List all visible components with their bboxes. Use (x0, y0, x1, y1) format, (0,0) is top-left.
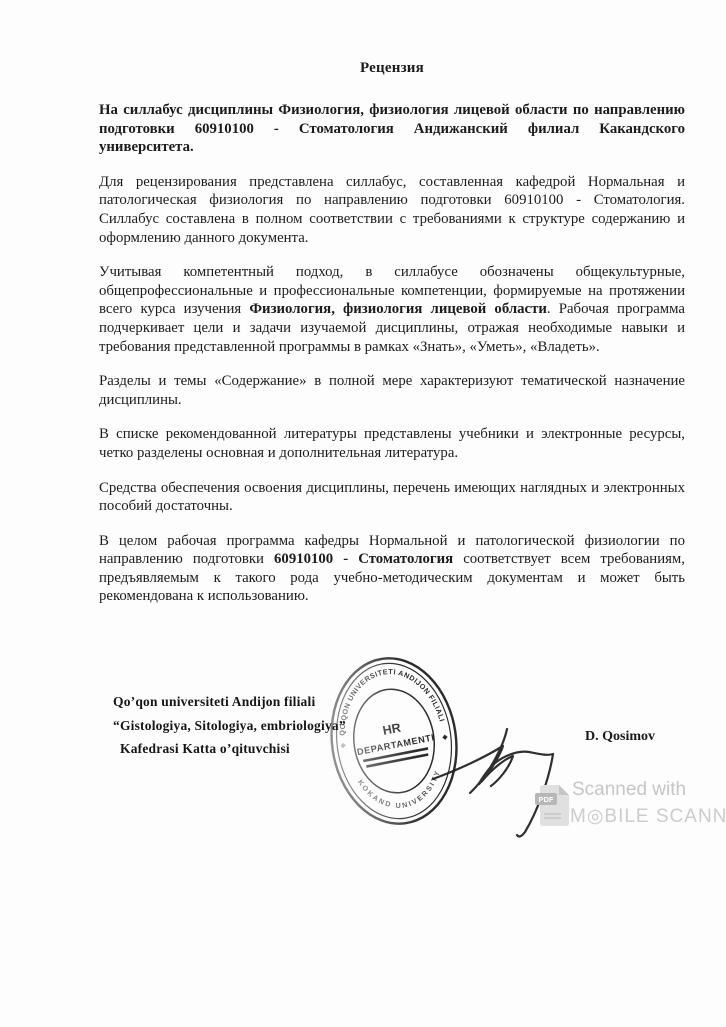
signature-stroke (433, 746, 553, 784)
paragraph: Средства обеспечения освоения дисциплины… (99, 479, 685, 516)
signature-block: Qo’qon universiteti Andijon filiali “Gis… (113, 690, 346, 761)
paragraph: Для рецензирования представлена силлабус… (99, 173, 685, 247)
pdf-file-icon: PDF (534, 783, 572, 829)
paragraph-bold-run: 60910100 - Стоматология (274, 551, 453, 567)
page-title: Рецензия (99, 60, 685, 77)
document-body: На силлабус дисциплины Физиология, физио… (99, 101, 685, 606)
paragraph: В целом рабочая программа кафедры Нормал… (99, 532, 685, 606)
paragraph: В списке рекомендованной литературы пред… (99, 425, 685, 462)
paragraph-run: Средства обеспечения освоения дисциплины… (99, 480, 685, 515)
pdf-badge-label: PDF (539, 795, 554, 804)
watermark-line2: M◎BILE SCANNER (570, 805, 726, 828)
scanned-review-page: Рецензия На силлабус дисциплины Физиолог… (0, 0, 726, 1027)
paragraph: Учитывая компетентный подход, в силлабус… (99, 263, 685, 356)
signature-block-line: Kafedrasi Katta o’qituvchisi (113, 737, 346, 761)
paragraph-bold-run: На силлабус дисциплины Физиология, физио… (99, 102, 685, 155)
paragraph-bold-run: Физиология, физиология лицевой области (249, 301, 547, 317)
paragraph-run: Разделы и темы «Содержание» в полной мер… (99, 373, 685, 408)
paragraph: На силлабус дисциплины Физиология, физио… (99, 101, 685, 157)
paragraph: Разделы и темы «Содержание» в полной мер… (99, 372, 685, 409)
reviewer-name: D. Qosimov (585, 729, 655, 745)
signature-block-line: Qo’qon universiteti Andijon filiali (113, 690, 346, 714)
watermark-line1: Scanned with (572, 779, 686, 801)
paragraph-run: В списке рекомендованной литературы пред… (99, 426, 685, 461)
signature-block-line: “Gistologiya, Sitologiya, embriologiya” (113, 714, 346, 738)
paragraph-run: Для рецензирования представлена силлабус… (99, 174, 685, 246)
document-content: Рецензия На силлабус дисциплины Физиолог… (0, 0, 726, 606)
stamp-diamond-icon: ◆ (339, 742, 347, 750)
stamp-center-line1: HR (382, 721, 402, 738)
